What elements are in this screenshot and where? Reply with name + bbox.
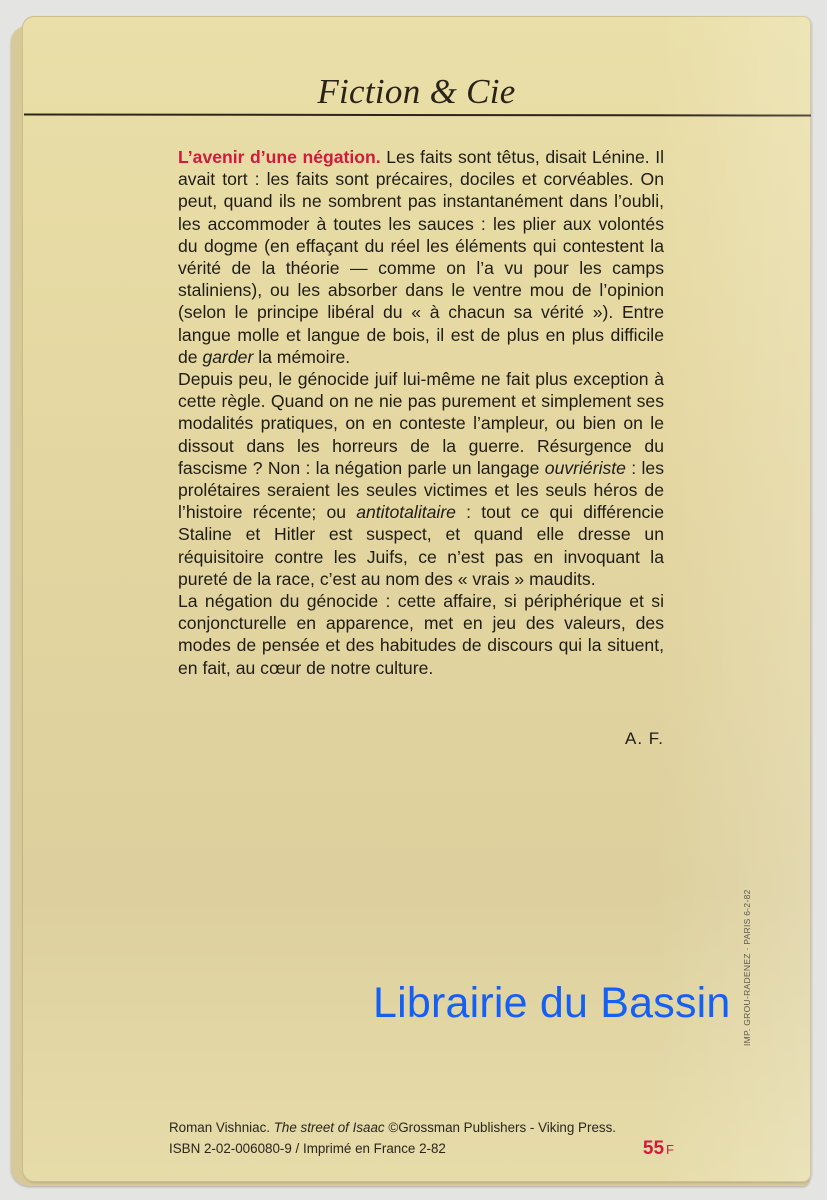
copyright-notice: ©Grossman Publishers - Viking Press. xyxy=(385,1120,616,1135)
blurb-italic-word: ouvriériste xyxy=(545,458,626,478)
photo-author: Roman Vishniac. xyxy=(169,1120,274,1135)
cover-credits: Roman Vishniac. The street of Isaac ©Gro… xyxy=(169,1117,674,1159)
blurb-text-segment: la mémoire. xyxy=(253,347,350,367)
price-tag: 55F xyxy=(643,1138,674,1160)
price-currency: F xyxy=(666,1142,674,1157)
seller-watermark: Librairie du Bassin xyxy=(373,979,731,1028)
blurb-paragraph-1: L’avenir d’une négation. Les faits sont … xyxy=(178,146,664,368)
printer-imprint: IMP. GROU-RADENEZ · PARIS 6-2-82 xyxy=(742,896,752,1046)
photo-title: The street of Isaac xyxy=(274,1120,385,1135)
header-rule xyxy=(24,113,811,116)
price-amount: 55 xyxy=(643,1138,664,1159)
blurb-text: L’avenir d’une négation. Les faits sont … xyxy=(178,146,664,679)
series-title: Fiction & Cie xyxy=(22,72,811,112)
blurb-text-segment: Les faits sont têtus, disait Lénine. Il … xyxy=(178,147,664,367)
blurb-italic-word: antitotalitaire xyxy=(356,502,456,522)
isbn-text: ISBN 2-02-006080-9 / Imprimé en France 2… xyxy=(169,1141,446,1156)
blurb-paragraph-3: La négation du génocide : cette affaire,… xyxy=(178,590,664,679)
author-signature: A. F. xyxy=(582,729,664,749)
blurb-paragraph-2: Depuis peu, le génocide juif lui-même ne… xyxy=(178,368,664,590)
blurb-italic-word: garder xyxy=(202,347,253,367)
photo-credit-line: Roman Vishniac. The street of Isaac ©Gro… xyxy=(169,1117,674,1138)
isbn-line: ISBN 2-02-006080-9 / Imprimé en France 2… xyxy=(169,1138,674,1159)
blurb-lead-title: L’avenir d’une négation. xyxy=(178,147,381,167)
